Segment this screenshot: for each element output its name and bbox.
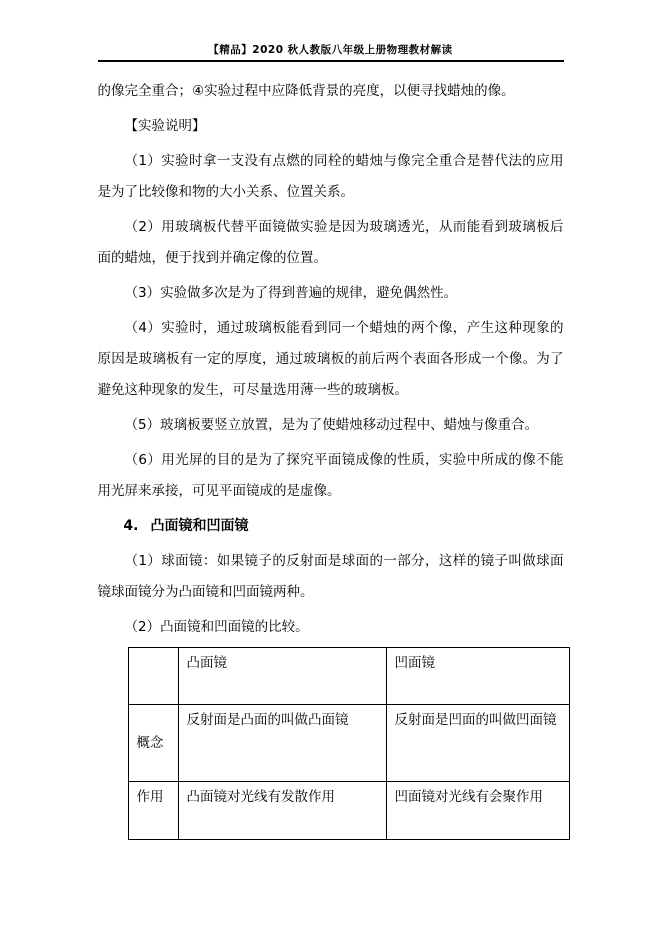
paragraph-note-3: （3）实验做多次是为了得到普遍的规律，避免偶然性。 xyxy=(98,278,564,309)
concept-concave-cell: 反射面是凹面的叫做凹面镜 xyxy=(386,705,569,782)
table-header-row: 凸面镜 凹面镜 xyxy=(128,648,569,705)
section-number: 4. xyxy=(123,518,138,534)
concept-convex-cell: 反射面是凸面的叫做凸面镜 xyxy=(178,705,386,782)
table-corner-cell xyxy=(128,648,178,705)
header-title: 【精品】2020 秋人教版八年级上册物理教材解读 xyxy=(98,42,564,58)
section-heading: 4.凸面镜和凹面镜 xyxy=(98,511,564,542)
effect-convex-cell: 凸面镜对光线有发散作用 xyxy=(178,782,386,840)
paragraph-note-2: （2）用玻璃板代替平面镜做实验是因为玻璃透光，从而能看到玻璃板后面的蜡烛，便于找… xyxy=(98,212,564,274)
effect-concave-cell: 凹面镜对光线有会聚作用 xyxy=(386,782,569,840)
table-header-convex: 凸面镜 xyxy=(178,648,386,705)
table-header-concave: 凹面镜 xyxy=(386,648,569,705)
row-label-concept: 概念 xyxy=(128,705,178,782)
mirror-comparison-table: 凸面镜 凹面镜 概念 反射面是凸面的叫做凸面镜 反射面是凹面的叫做凹面镜 作用 … xyxy=(128,647,570,840)
document-page: 【精品】2020 秋人教版八年级上册物理教材解读 的像完全重合；④实验过程中应降… xyxy=(0,0,661,935)
table-row-effect: 作用 凸面镜对光线有发散作用 凹面镜对光线有会聚作用 xyxy=(128,782,569,840)
document-content: 的像完全重合；④实验过程中应降低背景的亮度，以便寻找蜡烛的像。 【实验说明】 （… xyxy=(98,76,564,840)
paragraph-spherical-mirror: （1）球面镜：如果镜子的反射面是球面的一部分，这样的镜子叫做球面镜球面镜分为凸面… xyxy=(98,546,564,608)
paragraph-experiment-note-title: 【实验说明】 xyxy=(98,111,564,142)
section-title: 凸面镜和凹面镜 xyxy=(150,518,248,534)
paragraph-comparison-intro: （2）凸面镜和凹面镜的比较。 xyxy=(98,612,564,643)
paragraph-continuation: 的像完全重合；④实验过程中应降低背景的亮度，以便寻找蜡烛的像。 xyxy=(98,76,564,107)
row-label-effect: 作用 xyxy=(128,782,178,840)
paragraph-note-5: （5）玻璃板要竖立放置，是为了使蜡烛移动过程中、蜡烛与像重合。 xyxy=(98,410,564,441)
page-header: 【精品】2020 秋人教版八年级上册物理教材解读 xyxy=(98,0,564,62)
paragraph-note-1: （1）实验时拿一支没有点燃的同栓的蜡烛与像完全重合是替代法的应用是为了比较像和物… xyxy=(98,146,564,208)
paragraph-note-4: （4）实验时，通过玻璃板能看到同一个蜡烛的两个像，产生这种现象的原因是玻璃板有一… xyxy=(98,313,564,406)
table-row-concept: 概念 反射面是凸面的叫做凸面镜 反射面是凹面的叫做凹面镜 xyxy=(128,705,569,782)
paragraph-note-6: （6）用光屏的目的是为了探究平面镜成像的性质，实验中所成的像不能用光屏来承接，可… xyxy=(98,445,564,507)
